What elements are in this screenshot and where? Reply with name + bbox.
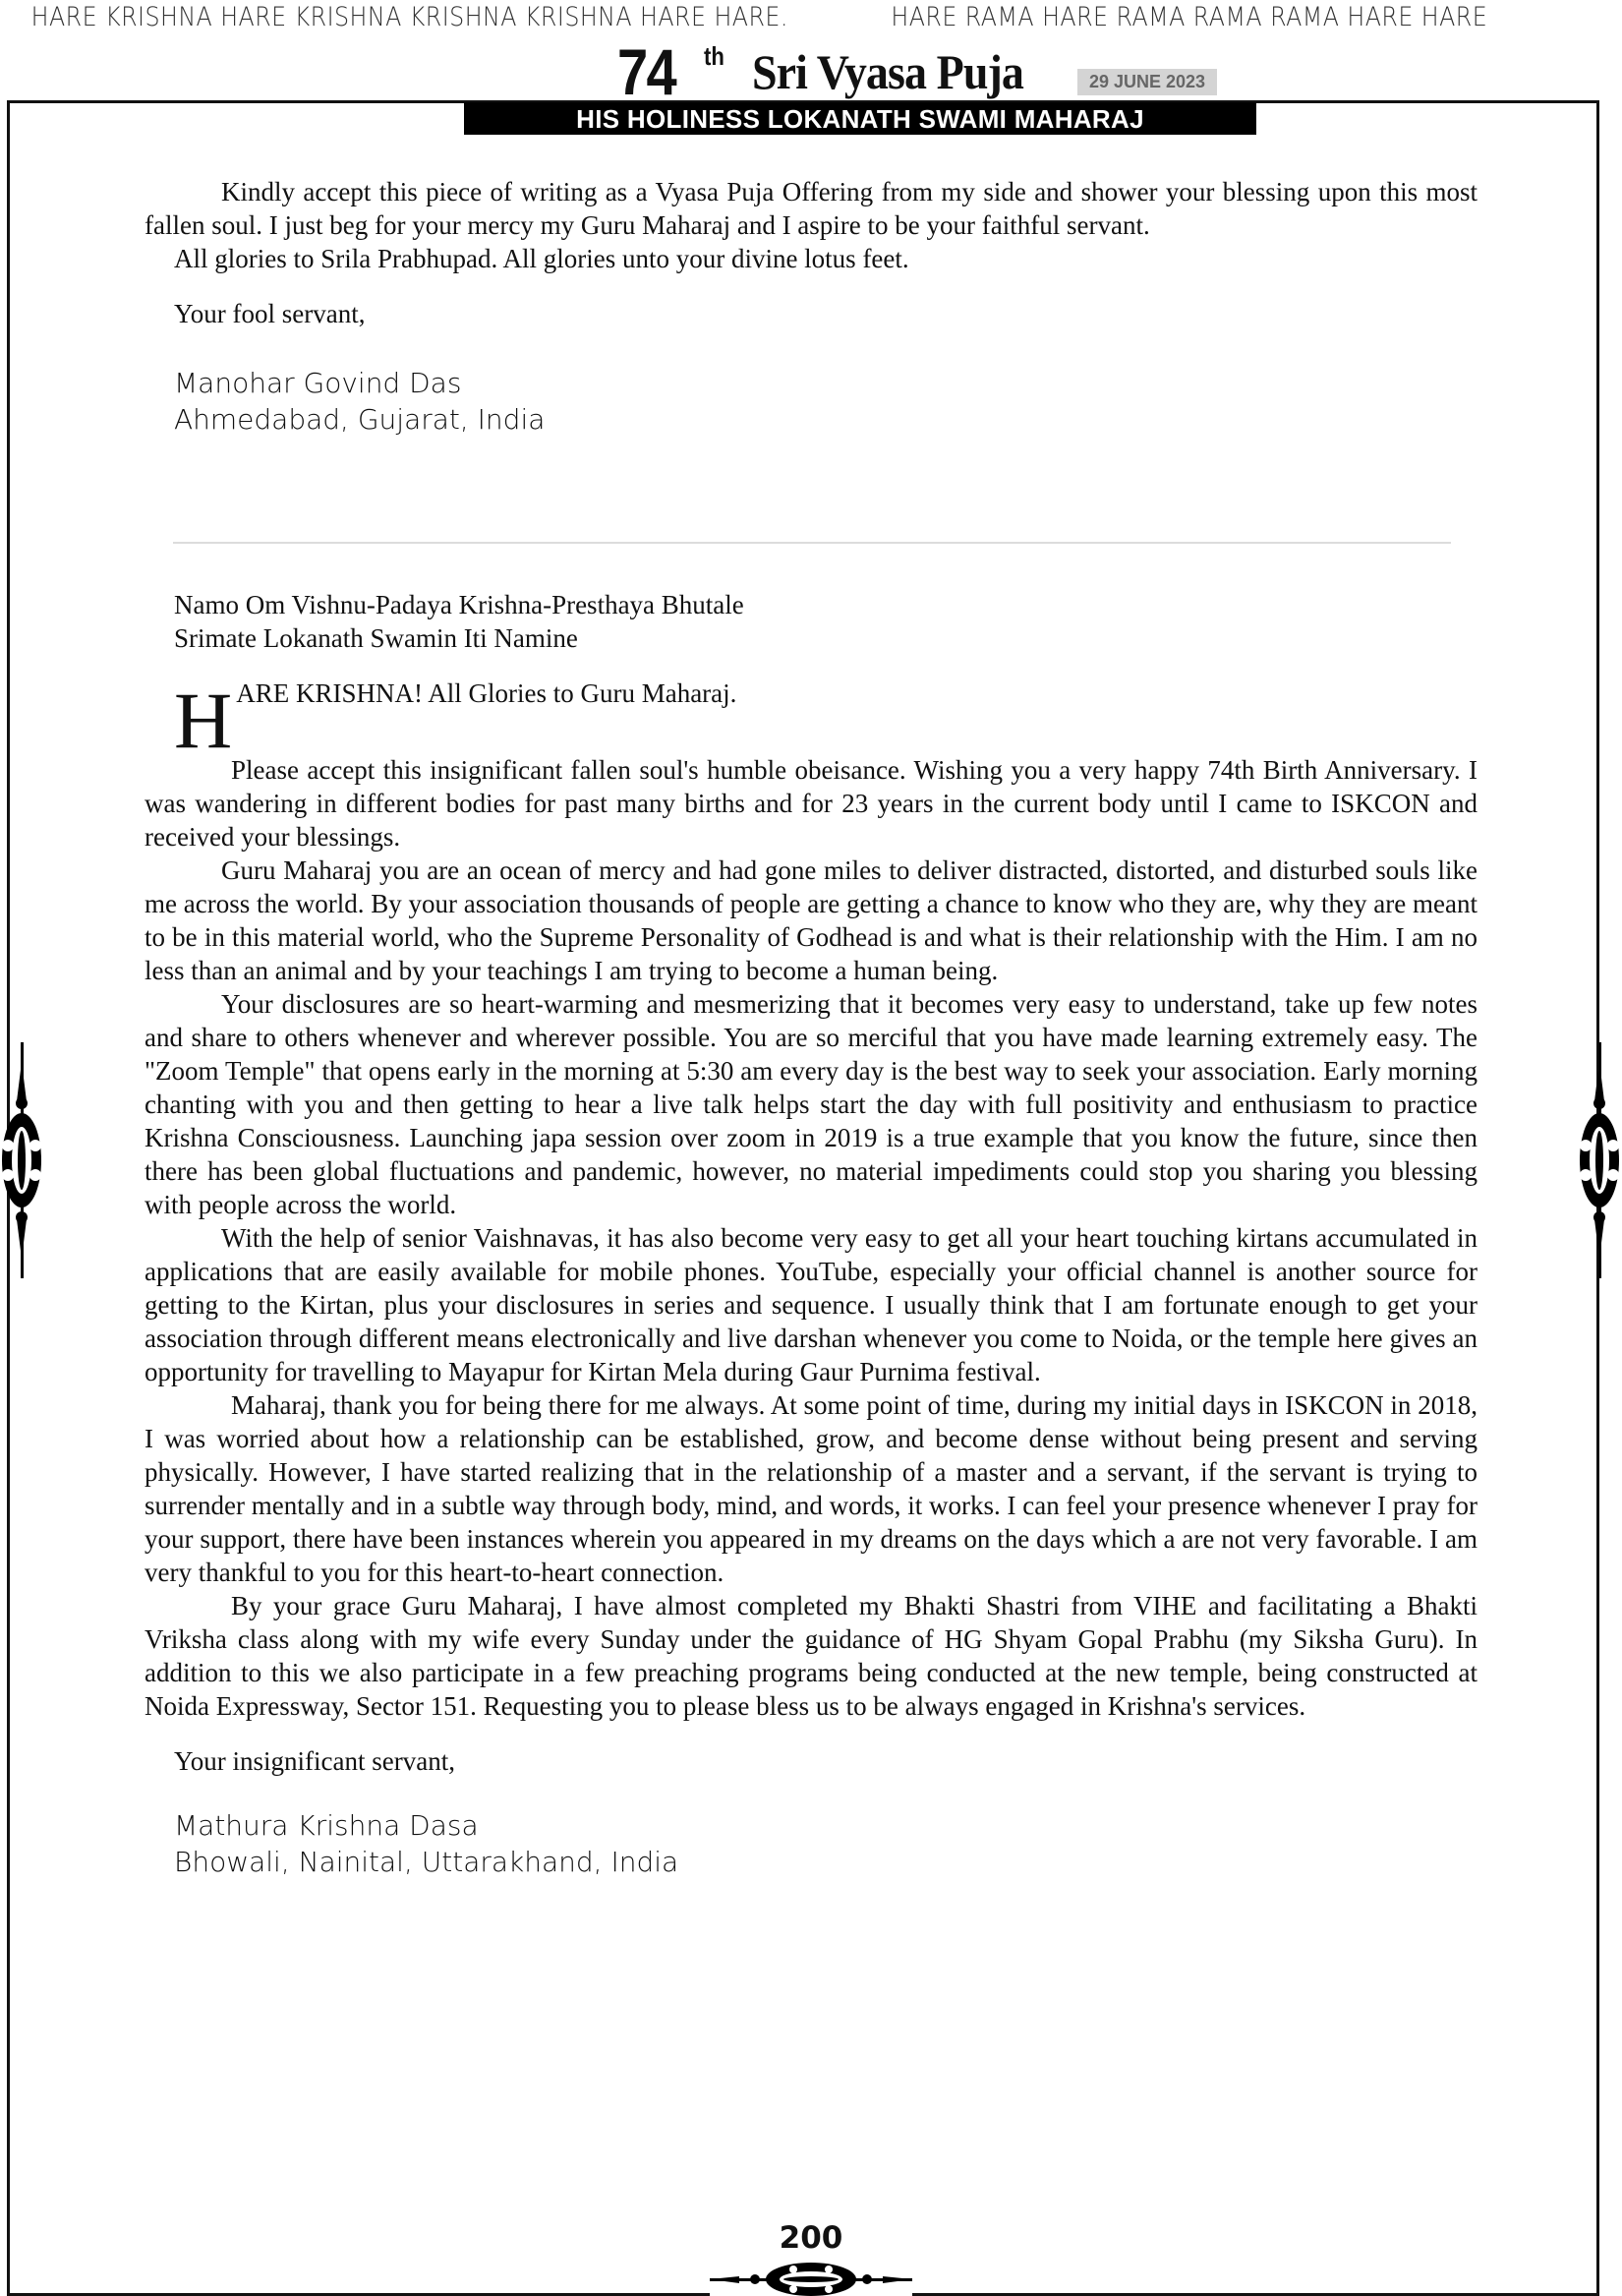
mantra-left: HARE KRISHNA HARE KRISHNA KRISHNA KRISHN… [31,2,788,32]
greeting-line: H ARE KRISHNA! All Glories to Guru Mahar… [145,677,1477,730]
paragraph: By your grace Guru Maharaj, I have almos… [145,1589,1477,1723]
greeting: ARE KRISHNA! All Glories to Guru Maharaj… [236,678,736,708]
author-name: Manohar Govind Das [145,365,1477,401]
author-location: Bhowali, Nainital, Uttarakhand, India [145,1844,1477,1880]
section-divider [173,542,1451,544]
page-title: 74 th Sri Vyasa Puja 29 JUNE 2023 [0,37,1622,102]
paragraph: Guru Maharaj you are an ocean of mercy a… [145,854,1477,987]
floral-ornament-icon [1563,1042,1622,1278]
floral-ornament-icon [710,2262,912,2296]
drop-cap: H [174,688,232,753]
mantra-right: HARE RAMA HARE RAMA RAMA RAMA HARE HARE [891,2,1487,32]
page-number: 200 [747,2220,875,2256]
floral-ornament-icon [0,1042,59,1278]
paragraph: Your disclosures are so heart-warming an… [145,987,1477,1221]
subtitle-banner: HIS HOLINESS LOKANATH SWAMI MAHARAJ [464,102,1256,135]
paragraph: Kindly accept this piece of writing as a… [145,175,1477,242]
closing: Your insignificant servant, [145,1744,1477,1778]
title-text: Sri Vyasa Puja [752,45,1023,98]
title-superscript: th [704,41,724,72]
paragraph: With the help of senior Vaishnavas, it h… [145,1221,1477,1388]
pranam-line-1: Namo Om Vishnu-Padaya Krishna-Presthaya … [145,588,1477,621]
date-badge: 29 JUNE 2023 [1077,69,1217,95]
paragraph: Please accept this insignificant fallen … [145,753,1477,854]
paragraph: All glories to Srila Prabhupad. All glor… [145,242,1477,275]
offering-1: Kindly accept this piece of writing as a… [145,175,1477,438]
title-number: 74 [617,39,675,104]
closing: Your fool servant, [145,297,1477,330]
pranam-line-2: Srimate Lokanath Swamin Iti Namine [145,621,1477,655]
paragraph: Maharaj, thank you for being there for m… [145,1388,1477,1589]
mantra-header: HARE KRISHNA HARE KRISHNA KRISHNA KRISHN… [0,0,1427,37]
author-name: Mathura Krishna Dasa [145,1807,1477,1844]
author-location: Ahmedabad, Gujarat, India [145,401,1477,438]
offering-2: Namo Om Vishnu-Padaya Krishna-Presthaya … [145,588,1477,1880]
